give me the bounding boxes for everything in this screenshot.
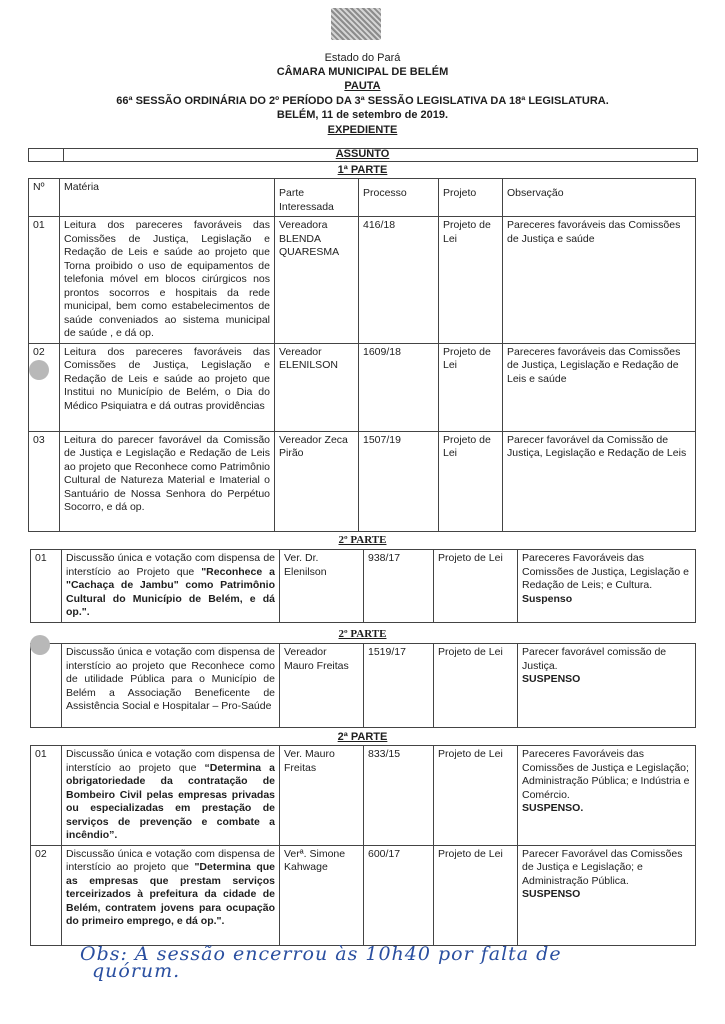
row-num: 01 xyxy=(29,217,60,344)
section-title: 2º PARTE xyxy=(0,628,725,640)
date-line: BELÉM, 11 de setembro de 2019. xyxy=(0,109,725,122)
table-row: 01 Discussão única e votação com dispens… xyxy=(31,550,696,623)
row-parte: Verª. Simone Kahwage xyxy=(280,845,364,945)
table-row: 03 Leitura do parecer favorável da Comis… xyxy=(29,431,696,531)
row-materia: Discussão única e votação com dispensa d… xyxy=(62,746,280,846)
row-processo: 1609/18 xyxy=(359,343,439,431)
row-processo: 833/15 xyxy=(364,746,434,846)
table-row: 01 Leitura dos pareceres favoráveis das … xyxy=(29,217,696,344)
document-type: PAUTA xyxy=(0,80,725,93)
row-parte: Ver. Dr. Elenilson xyxy=(280,550,364,623)
row-observacao: Parecer favorável da Comissão de Justiça… xyxy=(503,431,696,531)
session-title: 66ª SESSÃO ORDINÁRIA DO 2º PERÍODO DA 3ª… xyxy=(0,95,725,108)
row-materia: Leitura do parecer favorável da Comissão… xyxy=(60,431,275,531)
table-header-row: Nº Matéria Parte Interessada Processo Pr… xyxy=(29,179,696,217)
row-parte: Ver. Mauro Freitas xyxy=(280,746,364,846)
row-materia: Leitura dos pareceres favoráveis das Com… xyxy=(60,343,275,431)
row-projeto: Projeto de Lei xyxy=(434,644,518,728)
row-processo: 938/17 xyxy=(364,550,434,623)
document-page: Estado do Pará CÂMARA MUNICIPAL DE BELÉM… xyxy=(0,0,725,1024)
row-num: 03 xyxy=(29,431,60,531)
row-projeto: Projeto de Lei xyxy=(434,746,518,846)
row-observacao: Pareceres favoráveis das Comissões de Ju… xyxy=(503,217,696,344)
punch-hole-mark xyxy=(29,360,49,380)
col-header-num: Nº xyxy=(29,179,60,217)
assunto-heading: ASSUNTO xyxy=(0,148,725,161)
row-parte: Vereador Zeca Pirão xyxy=(275,431,359,531)
agenda-table-part2b: Discussão única e votação com dispensa d… xyxy=(30,643,696,728)
section-title: 2ª PARTE xyxy=(0,731,725,743)
row-projeto: Projeto de Lei xyxy=(434,550,518,623)
row-processo: 416/18 xyxy=(359,217,439,344)
handwritten-note: Obs: A sessão encerrou às 10h40 por falt… xyxy=(80,946,640,980)
row-observacao: Pareceres favoráveis das Comissões de Ju… xyxy=(503,343,696,431)
status-badge: Suspenso xyxy=(522,593,572,605)
row-processo: 1519/17 xyxy=(364,644,434,728)
row-materia: Leitura dos pareceres favoráveis das Com… xyxy=(60,217,275,344)
section-title: 1ª PARTE xyxy=(0,164,725,176)
col-header-parte: Parte Interessada xyxy=(275,179,359,217)
table-row: 01 Discussão única e votação com dispens… xyxy=(31,746,696,846)
row-projeto: Projeto de Lei xyxy=(439,431,503,531)
row-observacao: Pareceres Favoráveis das Comissões de Ju… xyxy=(518,746,696,846)
status-badge: SUSPENSO xyxy=(522,673,580,685)
coat-of-arms-icon xyxy=(331,8,381,40)
status-badge: SUSPENSO. xyxy=(522,802,583,814)
institution-name: CÂMARA MUNICIPAL DE BELÉM xyxy=(0,66,725,79)
row-observacao: Pareceres Favoráveis das Comissões de Ju… xyxy=(518,550,696,623)
table-row: 02 Discussão única e votação com dispens… xyxy=(31,845,696,945)
row-materia: Discussão única e votação com dispensa d… xyxy=(62,644,280,728)
row-parte: Vereadora BLENDA QUARESMA xyxy=(275,217,359,344)
col-header-materia: Matéria xyxy=(60,179,275,217)
agenda-table-part1: Nº Matéria Parte Interessada Processo Pr… xyxy=(28,178,696,532)
row-num: 02 xyxy=(29,343,60,431)
row-num xyxy=(31,644,62,728)
row-observacao: Parecer Favorável das Comissões de Justi… xyxy=(518,845,696,945)
row-num: 02 xyxy=(31,845,62,945)
row-observacao: Parecer favorável comissão de Justiça.SU… xyxy=(518,644,696,728)
agenda-table-part2c: 01 Discussão única e votação com dispens… xyxy=(30,745,696,946)
row-projeto: Projeto de Lei xyxy=(439,217,503,344)
col-header-projeto: Projeto xyxy=(439,179,503,217)
table-row: 02 Leitura dos pareceres favoráveis das … xyxy=(29,343,696,431)
row-projeto: Projeto de Lei xyxy=(439,343,503,431)
section-title: 2º PARTE xyxy=(0,534,725,546)
table-row: Discussão única e votação com dispensa d… xyxy=(31,644,696,728)
punch-hole-mark xyxy=(30,635,50,655)
row-processo: 600/17 xyxy=(364,845,434,945)
row-num: 01 xyxy=(31,550,62,623)
row-materia: Discussão única e votação com dispensa d… xyxy=(62,550,280,623)
row-processo: 1507/19 xyxy=(359,431,439,531)
state-name: Estado do Pará xyxy=(0,52,725,65)
row-parte: Vereador ELENILSON xyxy=(275,343,359,431)
row-num: 01 xyxy=(31,746,62,846)
col-header-processo: Processo xyxy=(359,179,439,217)
agenda-table-part2a: 01 Discussão única e votação com dispens… xyxy=(30,549,696,623)
status-badge: SUSPENSO xyxy=(522,888,580,900)
row-materia: Discussão única e votação com dispensa d… xyxy=(62,845,280,945)
row-projeto: Projeto de Lei xyxy=(434,845,518,945)
row-parte: Vereador Mauro Freitas xyxy=(280,644,364,728)
expediente-heading: EXPEDIENTE xyxy=(0,124,725,137)
col-header-observacao: Observação xyxy=(503,179,696,217)
